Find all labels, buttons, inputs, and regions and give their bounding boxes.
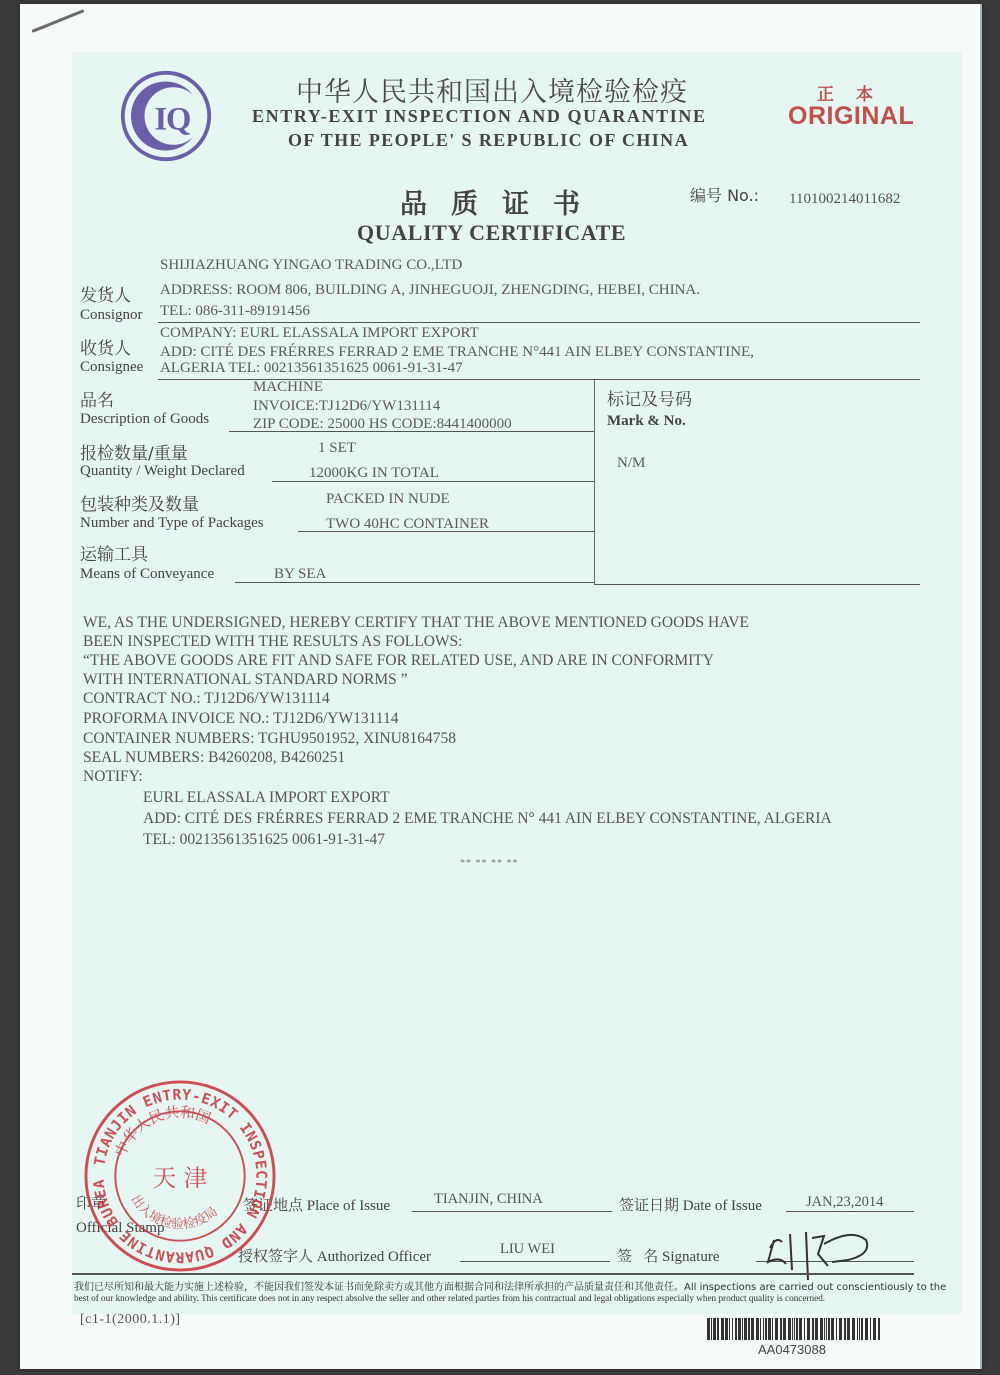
org-name-en-line1: ENTRY-EXIT INSPECTION AND QUARANTINE [252, 106, 707, 127]
consignor-line-1: SHIJIAZHUANG YINGAO TRADING CO.,LTD [160, 257, 462, 274]
barcode [707, 1318, 883, 1340]
consignor-underline [158, 322, 920, 323]
cert-line-6: PROFORMA INVOICE NO.: TJ12D6/YW131114 [83, 710, 398, 728]
conveyance-label-cn: 运输工具 [80, 540, 148, 565]
certificate-number-label: 编号 No.: [690, 183, 759, 206]
officer-underline [460, 1261, 610, 1262]
marks-label-cn: 标记及号码 [607, 385, 692, 410]
official-stamp: TIANJIN ENTRY-EXIT INSPECTION AND QUARAN… [82, 1078, 278, 1274]
goods-line-2: INVOICE:TJ12D6/YW131114 [253, 398, 440, 415]
svg-text:天 津: 天 津 [153, 1164, 208, 1192]
goods-line-1: MACHINE [253, 379, 323, 396]
consignee-line-1: COMPANY: EURL ELASSALA IMPORT EXPORT [160, 325, 479, 342]
quantity-label-cn: 报检数量/重量 [80, 439, 188, 464]
org-name-en-line2: OF THE PEOPLE' S REPUBLIC OF CHINA [288, 130, 689, 151]
consignor-label-cn: 发货人 [80, 281, 131, 306]
marks-column-divider [594, 380, 595, 584]
serial-number: AA0473088 [758, 1342, 826, 1357]
consignor-line-2: ADDRESS: ROOM 806, BUILDING A, JINHEGUOJ… [160, 282, 700, 299]
signature-label: 签 名 Signature [617, 1245, 720, 1266]
notify-line-1: EURL ELASSALA IMPORT EXPORT [143, 789, 390, 807]
place-of-issue-value: TIANJIN, CHINA [434, 1191, 543, 1208]
cert-line-2: BEEN INSPECTED WITH THE RESULTS AS FOLLO… [83, 633, 463, 651]
org-name-cn: 中华人民共和国出入境检验检疫 [296, 70, 688, 109]
cert-line-5: CONTRACT NO.: TJ12D6/YW131114 [83, 690, 330, 708]
form-code: [c1-1(2000.1.1)] [80, 1312, 181, 1328]
disclaimer-cn: 我们已尽所知和最大能力实施上述检验，不能因我们签发本证书而免除卖方或其他方面根据… [74, 1278, 946, 1293]
cert-line-1: WE, AS THE UNDERSIGNED, HEREBY CERTIFY T… [83, 614, 749, 632]
marks-bottom-line [594, 584, 920, 585]
certificate-title-cn: 品质证书 [400, 182, 604, 221]
handwritten-signature [762, 1218, 892, 1280]
original-label-en: ORIGINAL [788, 102, 914, 131]
conveyance-value: BY SEA [274, 566, 326, 583]
packages-label-en: Number and Type of Packages [80, 515, 264, 532]
consignor-label-en: Consignor [80, 307, 143, 324]
consignee-label-cn: 收货人 [80, 334, 131, 359]
consignee-line-3: ALGERIA TEL: 00213561351625 0061-91-31-4… [160, 360, 463, 377]
notify-line-3: TEL: 00213561351625 0061-91-31-47 [143, 831, 385, 849]
certificate-number-value: 110100214011682 [789, 191, 900, 208]
consignor-line-3: TEL: 086-311-89191456 [160, 303, 310, 320]
ciq-logo-icon: I Q [118, 68, 214, 164]
place-underline [412, 1211, 612, 1212]
goods-label-cn: 品名 [80, 386, 114, 411]
packages-label-cn: 包装种类及数量 [80, 490, 199, 515]
quantity-label-en: Quantity / Weight Declared [80, 463, 245, 480]
conveyance-label-en: Means of Conveyance [80, 566, 214, 583]
quantity-line-2: 12000KG IN TOTAL [309, 465, 439, 482]
packages-underline [298, 531, 594, 532]
goods-underline [229, 431, 594, 432]
notify-line-2: ADD: CITÉ DES FRÉRRES FERRAD 2 EME TRANC… [143, 810, 832, 828]
consignee-line-2: ADD: CITÉ DES FRÉRRES FERRAD 2 EME TRANC… [160, 344, 754, 361]
cert-line-3: “THE ABOVE GOODS ARE FIT AND SAFE FOR RE… [83, 652, 714, 670]
date-of-issue-value: JAN,23,2014 [806, 1194, 883, 1211]
cert-line-7: CONTAINER NUMBERS: TGHU9501952, XINU8164… [83, 730, 456, 748]
date-of-issue-label: 签证日期 Date of Issue [619, 1194, 762, 1215]
marks-value: N/M [617, 455, 645, 472]
conveyance-underline [235, 582, 594, 583]
end-marker: ** ** ** ** [460, 858, 519, 869]
consignee-label-en: Consignee [80, 359, 143, 376]
certificate-title-en: QUALITY CERTIFICATE [357, 220, 626, 246]
disclaimer-en: best of our knowledge and ability. This … [74, 1293, 825, 1303]
svg-text:出入境检验检疫局: 出入境检验检疫局 [128, 1192, 221, 1232]
quantity-line-1: 1 SET [318, 440, 356, 457]
marks-label-en: Mark & No. [607, 413, 686, 430]
authorized-officer-value: LIU WEI [500, 1241, 555, 1258]
cert-line-9: NOTIFY: [83, 768, 143, 786]
cert-line-8: SEAL NUMBERS: B4260208, B4260251 [83, 749, 345, 767]
svg-text:Q: Q [166, 101, 191, 137]
packages-line-1: PACKED IN NUDE [326, 491, 450, 508]
goods-label-en: Description of Goods [80, 411, 209, 428]
quantity-underline [272, 481, 594, 482]
cert-line-4: WITH INTERNATIONAL STANDARD NORMS ” [83, 671, 408, 689]
date-underline [786, 1211, 914, 1212]
